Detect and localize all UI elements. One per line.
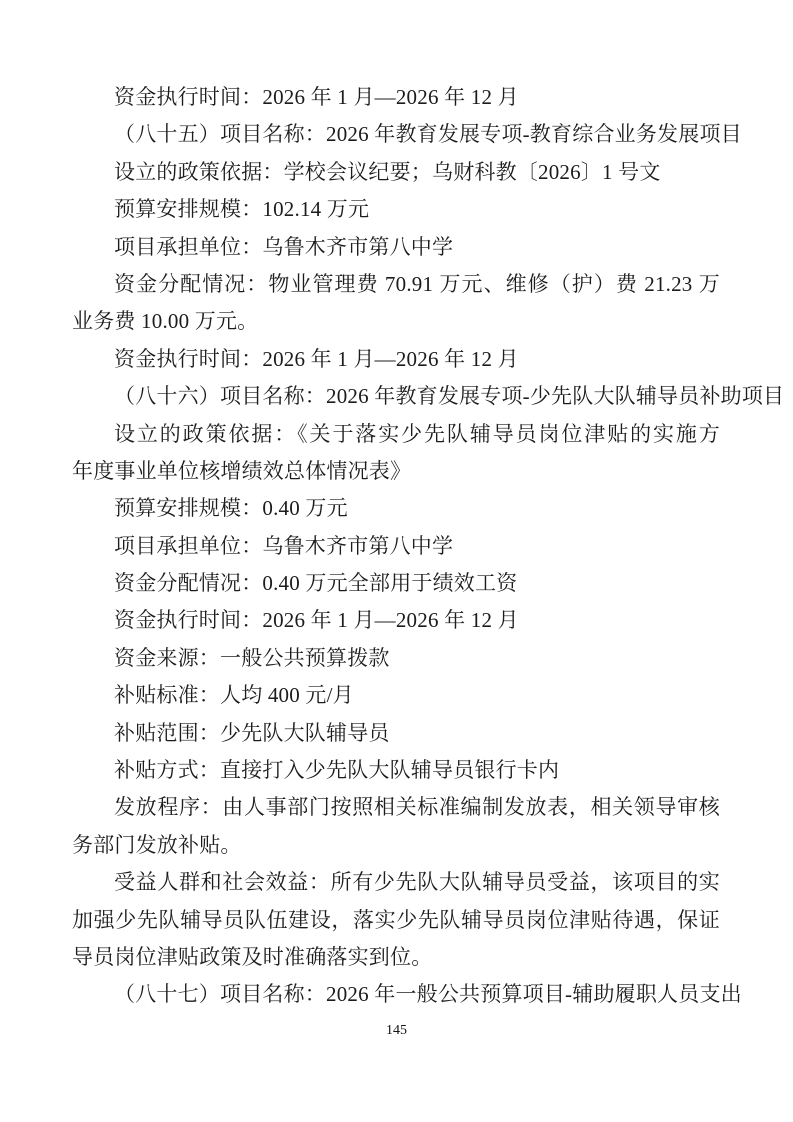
text-line: 预算安排规模：102.14 万元 bbox=[72, 191, 720, 228]
text-line: 年度事业单位核增绩效总体情况表》 bbox=[72, 453, 720, 490]
text-line: 资金分配情况：0.40 万元全部用于绩效工资 bbox=[72, 565, 720, 602]
text-line: 资金来源：一般公共预算拨款 bbox=[72, 640, 720, 677]
document-body: 资金执行时间：2026 年 1 月—2026 年 12 月（八十五）项目名称：2… bbox=[72, 79, 720, 1014]
text-line: 受益人群和社会效益：所有少先队大队辅导员受益，该项目的实施进一步 bbox=[72, 864, 720, 901]
text-line: 务部门发放补贴。 bbox=[72, 827, 720, 864]
text-line: 项目承担单位：乌鲁木齐市第八中学 bbox=[72, 528, 720, 565]
text-line: 资金执行时间：2026 年 1 月—2026 年 12 月 bbox=[72, 341, 720, 378]
text-line: 预算安排规模：0.40 万元 bbox=[72, 490, 720, 527]
text-line: （八十七）项目名称：2026 年一般公共预算项目-辅助履职人员支出 bbox=[72, 976, 720, 1013]
text-line: （八十六）项目名称：2026 年教育发展专项-少先队大队辅导员补助项目 bbox=[72, 378, 720, 415]
text-line: 资金执行时间：2026 年 1 月—2026 年 12 月 bbox=[72, 602, 720, 639]
text-line: 项目承担单位：乌鲁木齐市第八中学 bbox=[72, 229, 720, 266]
text-line: 业务费 10.00 万元。 bbox=[72, 303, 720, 340]
text-line: 补贴范围：少先队大队辅导员 bbox=[72, 715, 720, 752]
page-number: 145 bbox=[0, 1023, 793, 1039]
text-line: 资金执行时间：2026 年 1 月—2026 年 12 月 bbox=[72, 79, 720, 116]
document-page: 资金执行时间：2026 年 1 月—2026 年 12 月（八十五）项目名称：2… bbox=[0, 0, 793, 1122]
text-line: 发放程序：由人事部门按照相关标准编制发放表，相关领导审核签字，财 bbox=[72, 789, 720, 826]
text-line: 加强少先队辅导员队伍建设，落实少先队辅导员岗位津贴待遇，保证少先队辅 bbox=[72, 902, 720, 939]
text-line: 资金分配情况：物业管理费 70.91 万元、维修（护）费 21.23 万元、委托 bbox=[72, 266, 720, 303]
text-line: 补贴标准：人均 400 元/月 bbox=[72, 677, 720, 714]
text-line: 设立的政策依据：学校会议纪要；乌财科教〔2026〕1 号文 bbox=[72, 154, 720, 191]
text-line: 补贴方式：直接打入少先队大队辅导员银行卡内 bbox=[72, 752, 720, 789]
text-line: 导员岗位津贴政策及时准确落实到位。 bbox=[72, 939, 720, 976]
text-line: （八十五）项目名称：2026 年教育发展专项-教育综合业务发展项目 bbox=[72, 116, 720, 153]
text-line: 设立的政策依据：《关于落实少先队辅导员岗位津贴的实施方案》、《2025 bbox=[72, 416, 720, 453]
